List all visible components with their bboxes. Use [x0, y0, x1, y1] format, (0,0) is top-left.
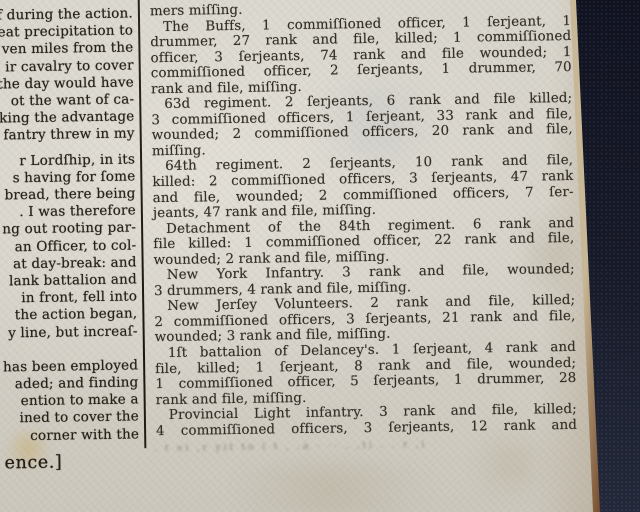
- left-column: f during the action.reat precipitation t…: [0, 5, 139, 445]
- page-content: f during the action.reat precipitation t…: [0, 0, 640, 512]
- photo-of-newspaper: f during the action.reat precipitation t…: [0, 0, 640, 512]
- left-column-line: y line, but increaſ-: [0, 323, 138, 343]
- right-column: mers miſſing.The Buffs, 1 commiſſioned o…: [150, 0, 577, 439]
- column-divider-rule: [138, 0, 147, 448]
- left-column-line: corner with the: [0, 426, 139, 446]
- left-column-line: ven miles from the: [0, 40, 134, 60]
- left-column-footer-fragment: ence.]: [4, 453, 62, 474]
- ink-showthrough-smudge: . t ei ,r yit to i t , .a · ·· . ,ti . .…: [153, 437, 577, 453]
- left-column-line: ng out rooting par-: [0, 220, 136, 240]
- left-column-line: fantry threw in my: [0, 126, 135, 146]
